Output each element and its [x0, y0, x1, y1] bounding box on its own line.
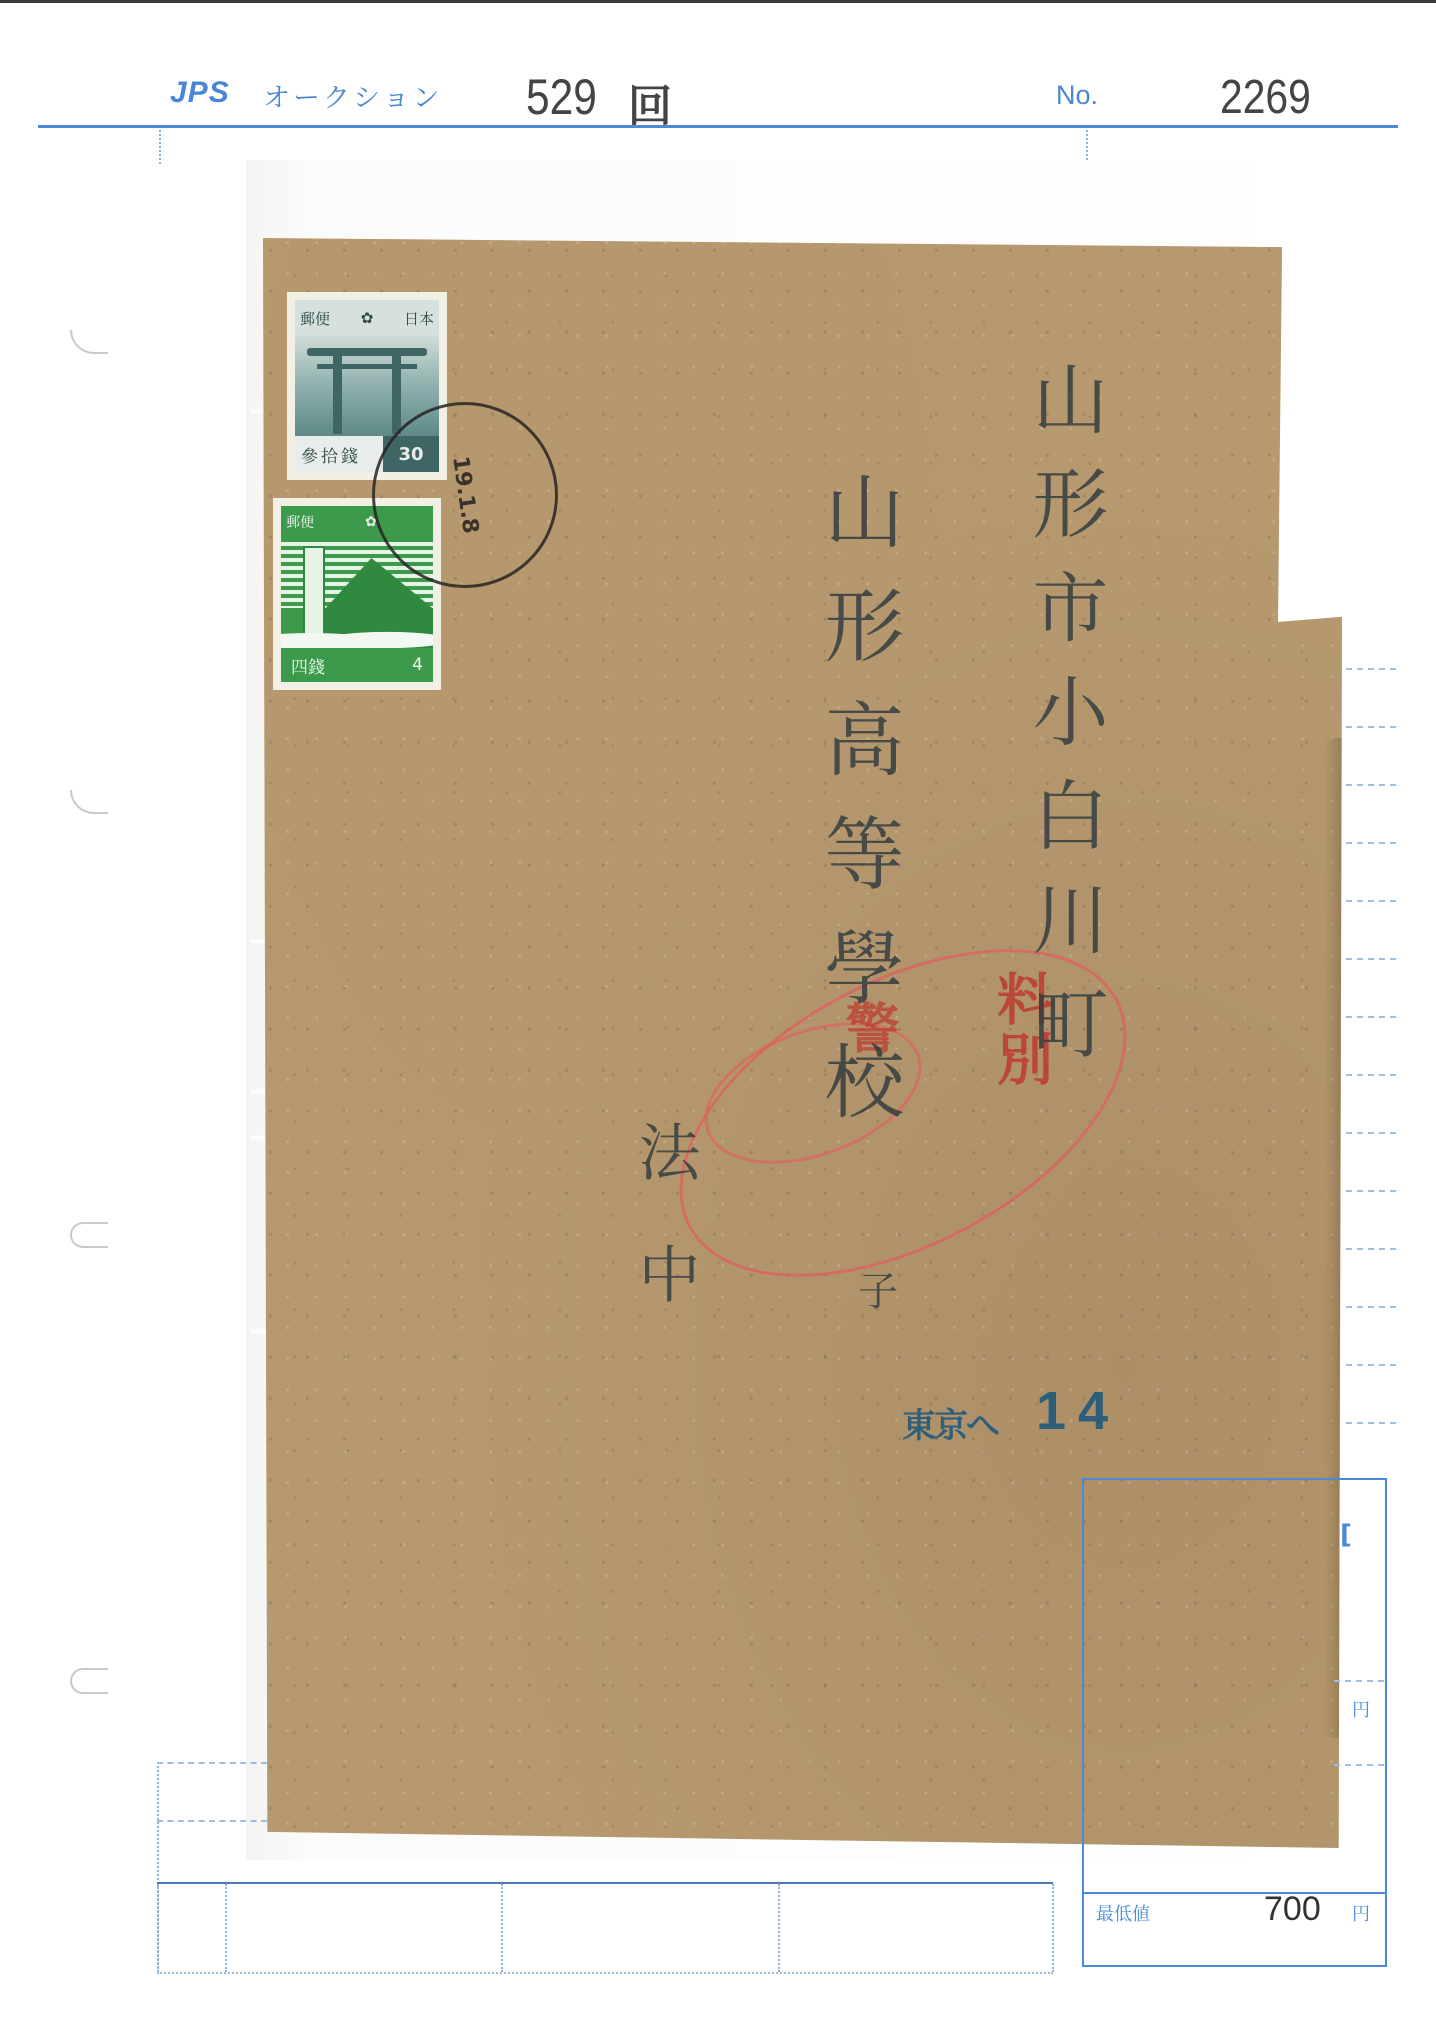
- grid-cell-border: [225, 1884, 227, 1972]
- lot-number: 2269: [1220, 70, 1311, 125]
- punch-hole-mark: [70, 1222, 108, 1248]
- minimum-price-value: 700: [1264, 1890, 1321, 1929]
- grid-cell-border: [778, 1884, 780, 1972]
- panel-bracket: [: [1340, 1520, 1352, 1550]
- punch-hole-mark: [70, 1668, 108, 1694]
- guide-line: [1346, 900, 1396, 902]
- guide-line: [1334, 1680, 1384, 1682]
- grid-cell-border: [157, 1972, 1053, 1974]
- guide-line: [159, 130, 161, 164]
- guide-line: [1346, 1306, 1396, 1308]
- price-unit: 円: [1352, 1696, 1370, 1722]
- guide-line: [1346, 1016, 1396, 1018]
- stamp-denomination-text: 參拾錢: [295, 442, 383, 467]
- grid-cell-border: [501, 1884, 503, 1972]
- guide-line: [157, 1762, 267, 1764]
- guide-line: [1346, 726, 1396, 728]
- minimum-price-unit: 円: [1352, 1900, 1370, 1926]
- blue-number-mark: 14: [1036, 1380, 1120, 1442]
- scan-top-edge: [0, 0, 1436, 3]
- auction-round-number: 529: [526, 68, 597, 126]
- address-line-school: 山形高等學校: [800, 470, 915, 1154]
- auction-brand-suffix: オークション: [263, 76, 442, 115]
- stamp-country-text: 日本: [404, 308, 434, 329]
- postmark-date: 19.1.8: [426, 422, 505, 569]
- stamp-value: 4: [412, 655, 423, 675]
- punch-hole-mark: [70, 790, 108, 814]
- guide-line: [1334, 1764, 1384, 1766]
- address-line-city: 山形市小白川町: [1010, 360, 1119, 1088]
- stamp-country-text: 郵便: [300, 308, 330, 329]
- chrysanthemum-icon: ✿: [361, 309, 374, 327]
- guide-line: [157, 1820, 267, 1822]
- white-label-sticker: [1278, 186, 1436, 622]
- recipient-suffix: 子: [858, 1260, 898, 1317]
- guide-line: [1346, 784, 1396, 786]
- panel-divider: [1084, 1892, 1385, 1894]
- guide-line: [1346, 1132, 1396, 1134]
- destination-note: 東京へ: [902, 1398, 998, 1447]
- auction-brand: JPS: [170, 76, 230, 110]
- postmark-cancel: 19.1.8: [372, 402, 558, 588]
- guide-line: [1346, 1422, 1396, 1424]
- grid-cell-border: [1052, 1884, 1054, 1972]
- stamp-denomination-text: 四錢: [291, 653, 325, 678]
- header-rule: [38, 125, 1398, 128]
- lot-number-label: No.: [1056, 80, 1098, 111]
- guide-line: [1346, 1190, 1396, 1192]
- guide-line: [1346, 1074, 1396, 1076]
- address-line-recipient: 法中: [620, 1120, 709, 1364]
- guide-line: [1346, 842, 1396, 844]
- guide-line: [1346, 1248, 1396, 1250]
- guide-line: [1346, 668, 1396, 670]
- guide-line: [1346, 1364, 1396, 1366]
- punch-hole-mark: [70, 330, 108, 354]
- guide-line: [1346, 958, 1396, 960]
- grid-cell-border: [157, 1884, 159, 1972]
- minimum-price-label: 最低値: [1096, 1900, 1150, 1926]
- price-panel: [1082, 1478, 1387, 1967]
- bottom-grid-rule: [157, 1882, 1053, 1884]
- stamp-country-text: 郵便: [286, 512, 314, 532]
